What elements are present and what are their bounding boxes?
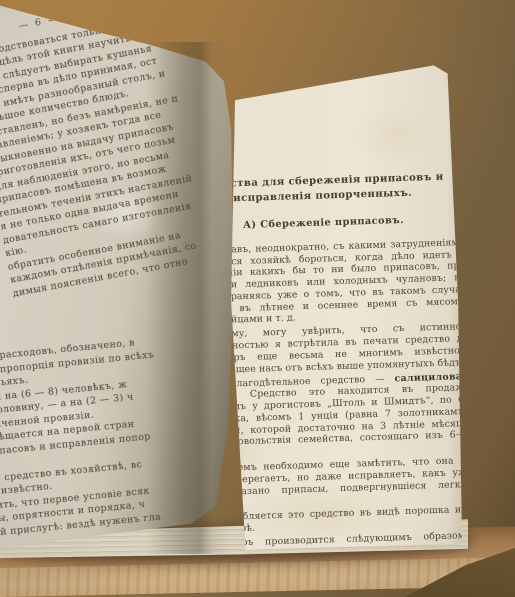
left-page-text-line: я не только одна выдача времени	[0, 162, 242, 234]
left-page-text-line: нихъ расходовъ, обозначено, в	[0, 321, 242, 365]
left-page-fragments-bottom: нихъ расходовъ, обозначено, втная пропор…	[0, 321, 242, 540]
left-page-text-line: мъ извѣстно.	[0, 456, 242, 500]
left-page-text-line: большое количество блюдъ.	[0, 56, 242, 128]
left-page-text-line: та.	[0, 429, 242, 473]
left-page-text-line: камъ слѣдуетъ выбирать кушанья	[0, 16, 242, 88]
body-paragraph: При семъ необходимо еще замѣтить, что он…	[190, 455, 470, 511]
left-page-text-line: ѣтить, что первое условіе всяк	[0, 469, 242, 513]
page-number: — 6 —	[0, 3, 114, 44]
left-page-text-line: припасовъ и исправленія попор	[0, 415, 242, 459]
left-page-text-line: припасовъ помѣщена въ возмож	[0, 136, 242, 208]
left-page-text-line: Для наблюденія этого, но весьма	[0, 123, 242, 195]
text-run: Средство это находится въ продажѣ порошк…	[188, 382, 470, 460]
left-page-text-line: ное средство въ хозяйствѣ, вс	[0, 442, 242, 486]
left-page-text-line: дня сперва въ дѣло принимая, ост	[0, 30, 242, 102]
text-run: При семъ необходимо еще замѣтить, что он…	[190, 455, 470, 510]
left-page-text-line: помѣщается на первой стран	[0, 402, 242, 446]
left-page-text-line: обратить особенное вниманіе на	[7, 202, 242, 274]
left-page-text-line: оты, опрятности и порядка, ч	[0, 483, 242, 527]
body-paragraph: Это благодѣтельное средство — салицилова…	[187, 371, 470, 462]
left-page-text-line: означенной провизіи.	[0, 389, 242, 433]
left-page-text-line: лены на (6 — 8) человѣкъ, ж	[0, 362, 242, 406]
left-page-text-line: ушаньяхъ.	[0, 348, 242, 392]
left-page-text-line: довательность самаго изготовленія	[2, 176, 242, 248]
left-page-text-line: тельномъ теченіи этихъ наставленій	[0, 149, 242, 221]
left-page-text-line: тная пропорція провизіи по всѣхъ	[0, 335, 242, 379]
left-page-text-line: жно имѣть разнообразный столъ, и	[0, 43, 242, 115]
left-page-text-upper: — 6 — руководствоваться только ради борь…	[0, 0, 242, 300]
photo-of-open-book: — 6 — руководствоваться только ради борь…	[0, 0, 515, 597]
left-page-text-line: ть половину, — а на (2 — 3) ч	[0, 375, 242, 419]
left-page-text-lower: нихъ расходовъ, обозначено, втная пропор…	[0, 321, 242, 553]
left-page-text-line: ставленіемъ; у хозяекъ тогда все	[0, 83, 242, 155]
left-page-text-line: каждомъ отдѣленія примѣчанія, со	[9, 216, 242, 288]
left-page-text-line: обыкновенно на выдачу припасовъ	[0, 96, 242, 168]
left-page-fragments-top: руководствоваться только ради борькакъ ц…	[0, 0, 242, 300]
left-page-text-line: димыя поясненія всего, что отно	[12, 229, 242, 301]
left-page-text-line: выставленъ, но безъ намѣренія, не п	[0, 70, 242, 142]
left-page-text-line: какъ цѣль этой книги научить нач	[0, 3, 242, 75]
left-page-text-line: кію.	[4, 189, 242, 261]
left-page-text-line: приготовленія ихъ, отъ чего позьм	[0, 109, 242, 181]
left-page-text-line: руководствоваться только ради борь	[0, 0, 242, 61]
left-page: — 6 — руководствоваться только ради борь…	[0, 0, 242, 560]
